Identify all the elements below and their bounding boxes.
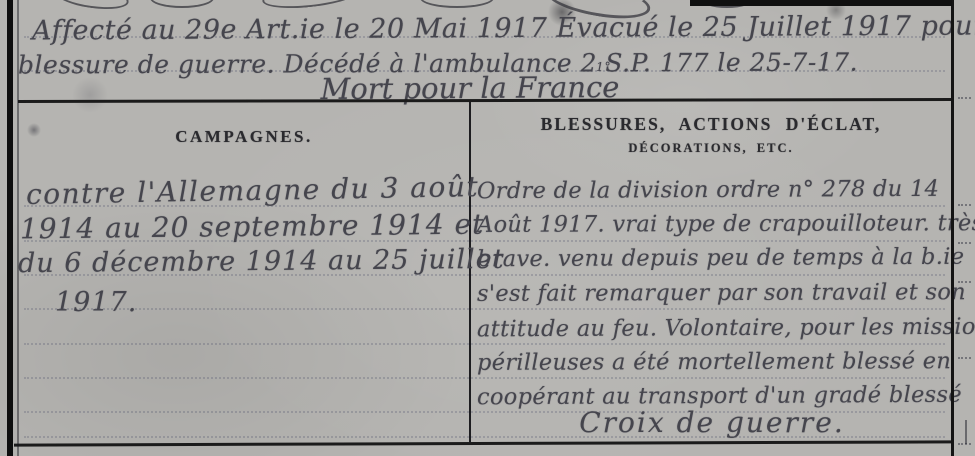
ruling-line (24, 343, 945, 345)
blessures-header-line-1: BLESSURES, ACTIONS D'ÉCLAT, (470, 114, 952, 135)
ruling-line (24, 308, 945, 310)
margin-tick (965, 420, 967, 444)
right-page-border (951, 0, 954, 456)
left-inner-border (17, 0, 19, 456)
margin-dash (958, 357, 971, 359)
croix-de-guerre-entry: Croix de guerre. (477, 406, 947, 439)
military-record-scan: Affecté au 29e Art.ie le 20 Mai 1917 Éva… (0, 0, 975, 456)
left-page-border (7, 0, 13, 456)
citation-line: Ordre de la division ordre n° 278 du 14 (477, 176, 939, 204)
margin-dash (958, 97, 971, 99)
clipped-handwriting-stroke (54, 0, 130, 13)
ruling-line (24, 377, 945, 379)
margin-dash (958, 204, 971, 206)
clipped-handwriting-stroke (420, 0, 494, 8)
citation-line: brave. venu depuis peu de temps à la b.i… (477, 244, 964, 273)
citation-line: Août 1917. vrai type de crapouilloteur. … (477, 210, 975, 238)
citation-line: périlleuses a été mortellement blessé en (477, 348, 951, 376)
clipped-handwriting-stroke (150, 0, 214, 8)
blessures-header-line-2: DÉCORATIONS, ETC. (470, 141, 952, 156)
table-bottom-border (14, 440, 954, 446)
service-note-line-1: Affecté au 29e Art.ie le 20 Mai 1917 Éva… (32, 11, 975, 47)
citation-line: s'est fait remarquer par son travail et … (477, 279, 966, 307)
margin-dash (958, 242, 971, 244)
top-border-remnant (690, 0, 952, 6)
margin-dash (958, 281, 971, 283)
campagnes-entry-line: du 6 décembre 1914 au 25 juillet (18, 244, 505, 279)
clipped-handwriting-stroke (261, 0, 359, 12)
citation-line: attitude au feu. Volontaire, pour les mi… (477, 314, 975, 343)
campagnes-entry-line: 1917. (55, 287, 137, 318)
campagnes-entry-line: 1914 au 20 septembre 1914 et (20, 208, 485, 246)
superscript-insert-mark: 1° (596, 60, 612, 74)
campagnes-header: CAMPAGNES. (18, 127, 470, 147)
